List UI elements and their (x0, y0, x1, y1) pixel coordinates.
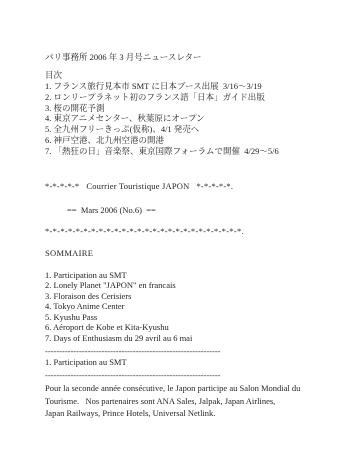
sommaire-item: 4. Tokyo Anime Center (45, 301, 332, 312)
newsletter-title-jp: パリ事務所 2006 年 3 月号ニュースレター (45, 52, 332, 63)
sommaire-item: 3. Floraison des Cerisiers (45, 291, 332, 302)
masthead-separator: *-*-*-*-*-*-*-*-*-*-*-*-*-*-*-*-*-*-*-*-… (45, 226, 332, 237)
sommaire-item: 5. Kyushu Pass (45, 312, 332, 323)
article-body-line: Tourisme. Nos partenaires sont ANA Sales… (45, 395, 332, 408)
toc-item-jp: 7. 「熱狂の日」音楽祭、東京国際フォーラムで開催 4/29～5/6 (45, 146, 332, 157)
masthead-date: == Mars 2006 (No.6) == (45, 205, 332, 216)
toc-heading-jp: 目次 (45, 70, 332, 81)
toc-item-jp: 1. フランス旅行見本市 SMT に日本ブース出展 3/16～3/19 (45, 81, 332, 92)
sommaire-list: 1. Participation au SMT 2. Lonely Planet… (45, 270, 332, 344)
toc-item-jp: 4. 東京アニメセンター、秋葉原にオープン (45, 113, 332, 124)
article-body-line: Japan Railways, Prince Hotels, Universal… (45, 407, 332, 420)
article-body: Pour la seconde année consécutive, le Ja… (45, 382, 332, 420)
masthead-title: *-*-*-*-* Courrier Touristique JAPON *-*… (45, 181, 332, 192)
toc-list-jp: 1. フランス旅行見本市 SMT に日本ブース出展 3/16～3/19 2. ロ… (45, 81, 332, 157)
article-body-line: Pour la seconde année consécutive, le Ja… (45, 382, 332, 395)
dashed-separator: ----------------------------------------… (45, 370, 332, 380)
article-section-title: 1. Participation au SMT (45, 357, 332, 367)
sommaire-item: 2. Lonely Planet "JAPON" en francais (45, 280, 332, 291)
toc-item-jp: 6. 神戸空港、北九州空港の開港 (45, 135, 332, 146)
toc-item-jp: 2. ロンリープラネット初のフランス語「日本」ガイド出版 (45, 92, 332, 103)
sommaire-heading: SOMMAIRE (45, 248, 332, 259)
toc-item-jp: 5. 全九州フリーきっぷ(仮称)、4/1 発売へ (45, 124, 332, 135)
sommaire-item: 1. Participation au SMT (45, 270, 332, 281)
toc-item-jp: 3. 桜の開花予測 (45, 103, 332, 114)
sommaire-item: 7. Days of Enthusiasm du 29 avril au 6 m… (45, 333, 332, 344)
sommaire-item: 6. Aéroport de Kobe et Kita-Kyushu (45, 322, 332, 333)
document-page: パリ事務所 2006 年 3 月号ニュースレター 目次 1. フランス旅行見本市… (0, 0, 360, 466)
dashed-separator: ----------------------------------------… (45, 346, 332, 356)
